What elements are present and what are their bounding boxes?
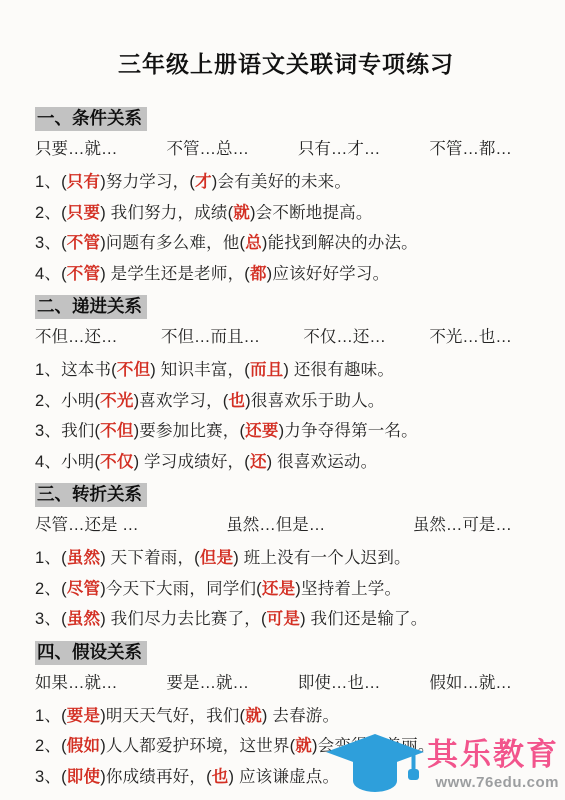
sentence-text: ) 应该谦虚点。 — [228, 768, 339, 786]
highlighted-word: 可是 — [267, 610, 300, 628]
sentence-text: 2、小明( — [35, 392, 100, 410]
sentence-line: 2、(尽管)今天下大雨，同学们(还是)坚持着上学。 — [35, 574, 537, 605]
sentence-text: ) 去春游。 — [262, 707, 339, 725]
conjunction-row: 不但…还…不但…而且…不仅…还…不光…也… — [35, 324, 512, 351]
highlighted-word: 要是 — [67, 707, 100, 725]
sentence-text: ) 我们尽力去比赛了，( — [100, 610, 266, 628]
sentence-text: 1、( — [35, 173, 67, 191]
sentence-line: 2、(只要) 我们努力，成绩(就)会不断地提高。 — [35, 198, 537, 229]
conjunction-pair: 只有…才… — [298, 136, 381, 163]
worksheet-page: 三年级上册语文关联词专项练习 一、条件关系只要…就…不管…总…只有…才…不管…都… — [0, 0, 565, 800]
highlighted-word: 假如 — [67, 737, 100, 755]
highlighted-word: 就 — [233, 204, 250, 222]
sentence-text: ) 班上没有一个人迟到。 — [233, 549, 410, 567]
section-heading: 一、条件关系 — [35, 107, 147, 131]
highlighted-word: 还 — [250, 453, 267, 471]
section-heading: 二、递进关系 — [35, 295, 147, 319]
highlighted-word: 不管 — [67, 234, 100, 252]
sentence-text: )应该好好学习。 — [267, 265, 390, 283]
sentence-text: 2、( — [35, 580, 67, 598]
footer-logo: 其乐教育 www.76edu.com — [325, 733, 559, 797]
highlighted-word: 虽然 — [67, 610, 100, 628]
section-heading-row: 四、假设关系 — [35, 635, 537, 668]
sentence-text: ) 还很有趣味。 — [283, 361, 394, 379]
sentence-text: )问题有多么难，他( — [100, 234, 245, 252]
section: 三、转折关系尽管…还是 …虽然…但是…虽然…可是…1、(虽然) 天下着雨，(但是… — [35, 477, 537, 635]
conjunction-pair: 虽然…可是… — [413, 512, 512, 539]
sentence-text: )人人都爱护环境，这世界( — [100, 737, 295, 755]
highlighted-word: 也 — [228, 392, 245, 410]
sentence-text: ) 天下着雨，( — [100, 549, 200, 567]
highlighted-word: 不仅 — [100, 453, 133, 471]
conjunction-pair: 不管…都… — [429, 136, 512, 163]
sections-container: 一、条件关系只要…就…不管…总…只有…才…不管…都…1、(只有)努力学习，(才)… — [35, 101, 537, 792]
conjunction-pair: 虽然…但是… — [226, 512, 325, 539]
sentence-text: 2、( — [35, 737, 67, 755]
sentence-text: )今天下大雨，同学们( — [100, 580, 262, 598]
conjunction-pair: 要是…就… — [166, 670, 249, 697]
page-title: 三年级上册语文关联词专项练习 — [35, 46, 537, 79]
sentence-text: ) 知识丰富，( — [150, 361, 250, 379]
highlighted-word: 虽然 — [67, 549, 100, 567]
highlighted-word: 也 — [212, 768, 229, 786]
sentence-text: 1、这本书( — [35, 361, 117, 379]
sentence-line: 1、(只有)努力学习，(才)会有美好的未来。 — [35, 167, 537, 198]
highlighted-word: 只要 — [67, 204, 100, 222]
sentence-line: 4、小明(不仅) 学习成绩好，(还) 很喜欢运动。 — [35, 447, 537, 478]
highlighted-word: 才 — [195, 173, 212, 191]
conjunction-row: 只要…就…不管…总…只有…才…不管…都… — [35, 136, 512, 163]
sentence-text: ) 我们努力，成绩( — [100, 204, 233, 222]
brand-name: 其乐教育 — [427, 739, 559, 772]
sentence-text: 4、( — [35, 265, 67, 283]
sentence-text: )力争夺得第一名。 — [279, 422, 418, 440]
conjunction-pair: 只要…就… — [35, 136, 118, 163]
sentence-text: )会不断地提高。 — [250, 204, 373, 222]
sentence-text: 3、( — [35, 234, 67, 252]
sentence-line: 1、这本书(不但) 知识丰富，(而且) 还很有趣味。 — [35, 355, 537, 386]
sentence-line: 1、(虽然) 天下着雨，(但是) 班上没有一个人迟到。 — [35, 543, 537, 574]
conjunction-row: 如果…就…要是…就…即使…也…假如…就… — [35, 670, 512, 697]
conjunction-pair: 如果…就… — [35, 670, 118, 697]
section-heading-row: 三、转折关系 — [35, 477, 537, 510]
sentence-text: 1、( — [35, 707, 67, 725]
highlighted-word: 尽管 — [67, 580, 100, 598]
sentence-text: 2、( — [35, 204, 67, 222]
conjunction-row: 尽管…还是 …虽然…但是…虽然…可是… — [35, 512, 512, 539]
graduation-cap-icon — [325, 733, 425, 797]
highlighted-word: 不但 — [100, 422, 133, 440]
sentence-line: 3、我们(不但)要参加比赛，(还要)力争夺得第一名。 — [35, 416, 537, 447]
sentence-line: 3、(虽然) 我们尽力去比赛了，(可是) 我们还是输了。 — [35, 604, 537, 635]
section: 一、条件关系只要…就…不管…总…只有…才…不管…都…1、(只有)努力学习，(才)… — [35, 101, 537, 289]
conjunction-pair: 尽管…还是 … — [35, 512, 139, 539]
sentence-line: 4、(不管) 是学生还是老师，(都)应该好好学习。 — [35, 259, 537, 290]
sentence-text: )能找到解决的办法。 — [262, 234, 418, 252]
highlighted-word: 但是 — [200, 549, 233, 567]
highlighted-word: 即使 — [67, 768, 100, 786]
section-heading-row: 一、条件关系 — [35, 101, 537, 134]
section-heading-row: 二、递进关系 — [35, 289, 537, 322]
highlighted-word: 不管 — [67, 265, 100, 283]
brand-url: www.76edu.com — [436, 774, 559, 791]
sentence-line: 2、小明(不光)喜欢学习，(也)很喜欢乐于助人。 — [35, 386, 537, 417]
conjunction-pair: 不但…而且… — [161, 324, 260, 351]
sentence-line: 1、(要是)明天天气好，我们(就) 去春游。 — [35, 701, 537, 732]
sentence-text: ) 我们还是输了。 — [300, 610, 427, 628]
sentence-text: 3、( — [35, 768, 67, 786]
highlighted-word: 就 — [295, 737, 312, 755]
highlighted-word: 还要 — [245, 422, 278, 440]
section-heading: 三、转折关系 — [35, 483, 147, 507]
highlighted-word: 不但 — [117, 361, 150, 379]
highlighted-word: 而且 — [250, 361, 283, 379]
sentence-text: 1、( — [35, 549, 67, 567]
sentence-text: ) 是学生还是老师，( — [100, 265, 250, 283]
highlighted-word: 不光 — [100, 392, 133, 410]
highlighted-word: 总 — [245, 234, 262, 252]
sentence-text: )努力学习，( — [100, 173, 195, 191]
sentence-text: ) 学习成绩好，( — [134, 453, 250, 471]
sentence-text: )明天天气好，我们( — [100, 707, 245, 725]
conjunction-pair: 即使…也… — [298, 670, 381, 697]
sentence-text: ) 很喜欢运动。 — [267, 453, 378, 471]
conjunction-pair: 不管…总… — [166, 136, 249, 163]
sentence-text: 3、我们( — [35, 422, 100, 440]
sentence-line: 3、(不管)问题有多么难，他(总)能找到解决的办法。 — [35, 228, 537, 259]
conjunction-pair: 不仅…还… — [303, 324, 386, 351]
conjunction-pair: 不但…还… — [35, 324, 118, 351]
sentence-text: 3、( — [35, 610, 67, 628]
sentence-text: )会有美好的未来。 — [212, 173, 351, 191]
section-heading: 四、假设关系 — [35, 641, 147, 665]
highlighted-word: 还是 — [262, 580, 295, 598]
highlighted-word: 就 — [245, 707, 262, 725]
sentence-text: 4、小明( — [35, 453, 100, 471]
conjunction-pair: 不光…也… — [429, 324, 512, 351]
highlighted-word: 只有 — [67, 173, 100, 191]
sentence-text: )坚持着上学。 — [295, 580, 401, 598]
sentence-text: )喜欢学习，( — [134, 392, 229, 410]
sentence-text: )很喜欢乐于助人。 — [245, 392, 384, 410]
section: 二、递进关系不但…还…不但…而且…不仅…还…不光…也…1、这本书(不但) 知识丰… — [35, 289, 537, 477]
conjunction-pair: 假如…就… — [429, 670, 512, 697]
highlighted-word: 都 — [250, 265, 267, 283]
sentence-text: )要参加比赛，( — [134, 422, 246, 440]
brand-block: 其乐教育 www.76edu.com — [427, 739, 559, 791]
sentence-text: )你成绩再好，( — [100, 768, 212, 786]
